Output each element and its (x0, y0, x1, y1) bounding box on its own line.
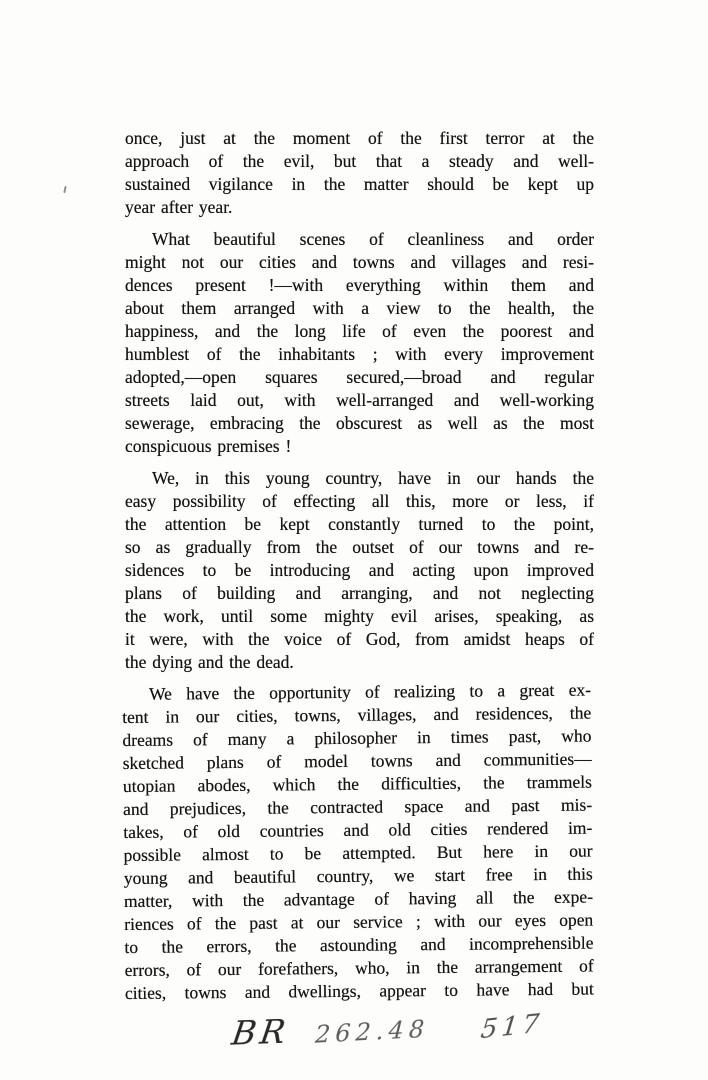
text-line: it were, with the voice of God, from ami… (125, 628, 594, 651)
text-line: easy possibility of effecting all this, … (125, 490, 594, 513)
text-line: so as gradually from the outset of our t… (125, 536, 594, 559)
text-line: approach of the evil, but that a steady … (125, 150, 594, 173)
text-line: sustained vigilance in the matter should… (125, 173, 594, 196)
text-line: humblest of the inhabitants ; with every… (125, 343, 594, 366)
call-number-class-number: 262.48 (314, 1015, 430, 1049)
text-line: the dying and the dead. (125, 651, 594, 674)
text-line: dences present !—with everything within … (125, 274, 594, 297)
text-line: streets laid out, with well-arranged and… (125, 389, 594, 412)
text-line: adopted,—open squares secured,—broad and… (125, 366, 594, 389)
text-line: What beautiful scenes of cleanliness and… (125, 228, 594, 251)
text-line: year after year. (125, 196, 594, 219)
call-number-cutter: 517 (479, 1009, 544, 1046)
paragraph: We have the opportunity of realizing to … (122, 679, 594, 1005)
scanned-book-page: once, just at the moment of the first te… (0, 0, 708, 1080)
paragraph: We, in this young country, have in our h… (125, 467, 594, 674)
text-line: once, just at the moment of the first te… (125, 127, 594, 150)
text-line: might not our cities and towns and villa… (125, 251, 594, 274)
ink-speck (63, 186, 66, 193)
text-line: happiness, and the long life of even the… (125, 320, 594, 343)
text-line: conspicuous premises ! (125, 435, 594, 458)
text-line: about them arranged with a view to the h… (125, 297, 594, 320)
text-line: cities, towns and dwellings, appear to h… (125, 977, 594, 1005)
paragraph: What beautiful scenes of cleanliness and… (125, 228, 594, 458)
call-number-class-letters: BR (229, 1011, 292, 1052)
text-line: We, in this young country, have in our h… (125, 467, 594, 490)
text-line: the work, until some mighty evil arises,… (125, 605, 594, 628)
page-text-block: once, just at the moment of the first te… (125, 127, 594, 1014)
text-line: sewerage, embracing the obscurest as wel… (125, 412, 594, 435)
paragraph: once, just at the moment of the first te… (125, 127, 594, 219)
text-line: sidences to be introducing and acting up… (125, 559, 594, 582)
text-line: the attention be kept constantly turned … (125, 513, 594, 536)
text-line: plans of building and arranging, and not… (125, 582, 594, 605)
